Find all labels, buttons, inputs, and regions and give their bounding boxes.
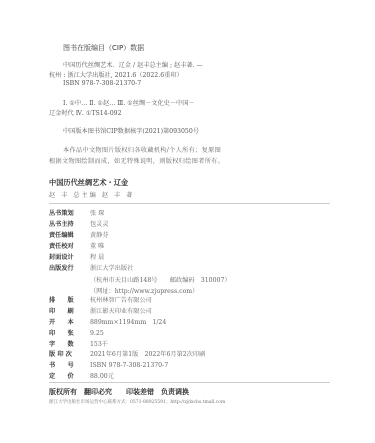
cip-record-number: 中国版本图书馆CIP数据核字(2021)第093050号 [63, 126, 199, 135]
credit-row: 封面设计程 晨 [49, 253, 104, 263]
spec-row: 开 本889mm×1194mm 1/24 [49, 318, 166, 328]
credit-value: 董 唯 [90, 243, 104, 250]
book-authors: 赵 丰 总主编 赵 丰 著 [49, 190, 134, 199]
cip-line: 中国历代丝绸艺术．辽金 / 赵丰总主编 ; 赵丰著. — [63, 60, 203, 69]
credit-row: 责任编辑黄静芬 [49, 231, 109, 241]
spec-value: 2021年6月第1版 2022年6月第2次印刷 [90, 351, 205, 358]
spec-value: 889mm×1194mm 1/24 [90, 319, 166, 326]
credit-row: 丛书主持包灵灵 [49, 220, 109, 230]
spec-value: 9.25 [90, 330, 104, 337]
book-title: 中国历代丝绸艺术・辽金 [49, 178, 128, 188]
publisher-website: （网址：http://www.zjupress.com） [90, 286, 198, 295]
spec-row: 版 印 次2021年6月第1版 2022年6月第2次印刷 [49, 350, 205, 360]
credit-row: 责任校对董 唯 [49, 242, 104, 252]
publisher-contact: 浙江大学出版社市场运营中心联系方式：0571-88925591；http://z… [49, 399, 225, 405]
spec-value: 杭州林智广告有限公司 [90, 297, 152, 304]
credit-label: 责任校对 [49, 242, 90, 252]
copyright-page: 图书在版编目（CIP）数据 中国历代丝绸艺术．辽金 / 赵丰总主编 ; 赵丰著.… [0, 0, 375, 443]
cip-isbn: ISBN 978-7-308-21370-7 [63, 80, 141, 87]
spec-label: 书 号 [49, 361, 90, 371]
spec-label: 版 印 次 [49, 350, 90, 360]
credit-value: 黄静芬 [90, 232, 109, 239]
credit-value: 浙江大学出版社 [90, 265, 133, 272]
credit-label: 出版发行 [49, 264, 90, 274]
spec-row: 印 张9.25 [49, 329, 104, 339]
credit-row: 丛书策划张 琛 [49, 209, 104, 219]
credit-label: 封面设计 [49, 253, 90, 263]
divider-bottom [49, 382, 330, 383]
spec-row: 排 版杭州林智广告有限公司 [49, 296, 152, 306]
cip-classification: Ⅰ. ①中… Ⅱ. ①赵… Ⅲ. ①丝绸－文化史－中国－ [63, 98, 195, 107]
spec-label: 开 本 [49, 318, 90, 328]
publisher-address: （杭州市天目山路148号 邮政编码 310007） [90, 275, 231, 284]
spec-label: 印 张 [49, 329, 90, 339]
spec-row: 定 价88.00元 [49, 372, 114, 382]
credit-label: 丛书主持 [49, 220, 90, 230]
rights-statement: 版权所有 翻印必究 印装差错 负责调换 [49, 387, 189, 397]
spec-value: 88.00元 [90, 373, 114, 380]
spec-label: 字 数 [49, 340, 90, 350]
copyright-notice: 本作品中文物图片版权归各收藏机构/个人所有；复原图 [63, 145, 221, 154]
cip-classification-cont: 辽金时代 Ⅳ. ①TS14-092 [49, 108, 122, 117]
credit-value: 程 晨 [90, 254, 104, 261]
credit-value: 张 琛 [90, 210, 104, 217]
spec-label: 定 价 [49, 372, 90, 382]
spec-label: 印 刷 [49, 307, 90, 317]
spec-row: 书 号ISBN 978-7-308-21370-7 [49, 361, 168, 371]
spec-value: ISBN 978-7-308-21370-7 [90, 362, 168, 369]
credit-label: 丛书策划 [49, 209, 90, 219]
spec-row: 印 刷浙江影天印业有限公司 [49, 307, 152, 317]
copyright-notice-cont: 根据文物图绘制而成，如无特殊说明，则版权归绘图者所有。 [49, 156, 224, 165]
credit-row: 出版发行浙江大学出版社 [49, 264, 133, 274]
cip-line: 杭州 : 浙江大学出版社, 2021.6（2022.6重印） [49, 70, 183, 79]
credit-value: 包灵灵 [90, 221, 109, 228]
spec-row: 字 数153千 [49, 340, 108, 350]
cip-heading: 图书在版编目（CIP）数据 [63, 43, 144, 53]
spec-value: 153千 [90, 341, 108, 348]
divider-top [49, 203, 330, 204]
spec-label: 排 版 [49, 296, 90, 306]
credit-label: 责任编辑 [49, 231, 90, 241]
spec-value: 浙江影天印业有限公司 [90, 308, 152, 315]
